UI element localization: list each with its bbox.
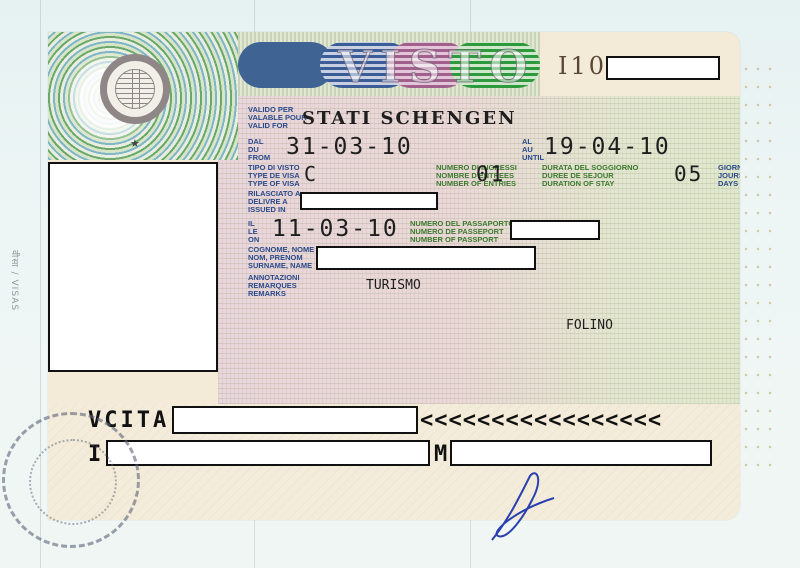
remarks-value: TURISMO [366, 278, 421, 293]
redacted-visa-number [606, 56, 720, 80]
duration-unit: GIORNI JOURS DAYS [718, 164, 740, 188]
schengen-visa-sticker: ★ VISTO I10 VALIDO PER VALABLE POUR VALI… [48, 32, 740, 520]
duration-label: DURATA DEL SOGGIORNO DUREE DE SEJOUR DUR… [542, 164, 638, 188]
remarks-label: ANNOTAZIONI REMARQUES REMARKS [248, 274, 300, 298]
valid-for-label: VALIDO PER VALABLE POUR VALID FOR [248, 106, 307, 130]
issued-in-label: RILASCIATO A DELIVRE A ISSUED IN [248, 190, 300, 214]
redacted-issued-in [300, 192, 438, 210]
until-date: 19-04-10 [544, 134, 671, 160]
passport-label: NUMERO DEL PASSAPORTO NUMERO DE PASSEPOR… [410, 220, 514, 244]
signatory-name: FOLINO [566, 318, 613, 333]
redacted-mrz-line2-b [450, 440, 712, 466]
from-label: DAL DU FROM [248, 138, 270, 162]
valid-for-value: STATI SCHENGEN [302, 108, 517, 129]
redacted-mrz-line2-a [106, 440, 430, 466]
redacted-mrz-line1 [172, 406, 418, 434]
mrz-line1-filler: <<<<<<<<<<<<<<<<< [420, 408, 662, 433]
visto-banner: VISTO [238, 40, 540, 92]
mrz-line2-mid: M [434, 442, 450, 467]
visas-side-label: वीसा / VISAS [9, 250, 22, 311]
star-icon: ★ [130, 137, 140, 150]
name-label: COGNOME, NOME NOM, PRENOM SURNAME, NAME [248, 246, 314, 270]
from-date: 31-03-10 [286, 134, 413, 160]
redacted-passport-number [510, 220, 600, 240]
entry-stamp [2, 412, 140, 548]
globe-emblem-icon [100, 54, 170, 124]
duration-value: 05 [674, 162, 703, 186]
signature-icon [488, 470, 568, 550]
issued-on-date: 11-03-10 [272, 216, 399, 242]
redacted-photo [48, 162, 218, 372]
redacted-name [316, 246, 536, 270]
stamp-inner-ring [29, 439, 117, 525]
visa-number-prefix: I10 [558, 52, 607, 80]
visto-title: VISTO [338, 42, 536, 93]
visa-type-value: C [304, 162, 318, 186]
issued-on-label: IL LE ON [248, 220, 259, 244]
until-label: AL AU UNTIL [522, 138, 544, 162]
entries-value: 01 [476, 162, 505, 186]
visa-type-label: TIPO DI VISTO TYPE DE VISA TYPE OF VISA [248, 164, 300, 188]
perforation-dots [740, 60, 780, 480]
